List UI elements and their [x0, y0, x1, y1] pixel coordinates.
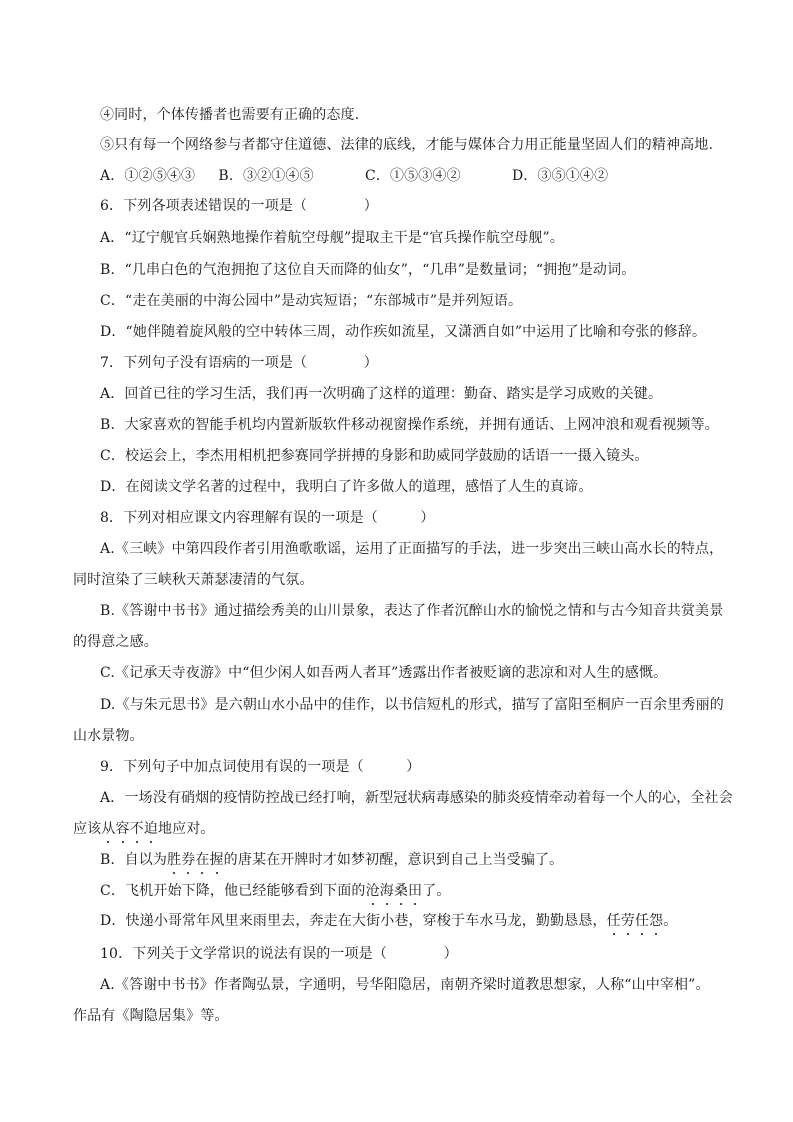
emphasized-char: 田: [408, 882, 422, 900]
question-6-option-c: C．“走在美丽的中海公园中”是动宾短语；“东部城市”是并列短语。: [100, 292, 522, 310]
text-segment: B．自以为: [100, 852, 167, 868]
emphasized-char: 劳: [621, 912, 635, 930]
option-a-value: ①②⑤④③: [124, 168, 195, 184]
option-b-label: B．: [218, 168, 243, 184]
question-8-option-a-line1: A.《三峡》中第四段作者引用渔歌歌谣，运用了正面描写的手法，进一步突出三峡山高水…: [100, 540, 723, 558]
emphasized-char: 怨: [649, 912, 663, 930]
emphasized-char: 任: [607, 912, 621, 930]
emphasized-char: 胜: [167, 851, 181, 869]
question-8-option-b-line1: B.《答谢中书书》通过描绘秀美的山川景象，表达了作者沉醉山水的愉悦之情和与古今知…: [100, 602, 724, 620]
question-9-option-a-line1: A．一场没有硝烟的疫情防控战已经打响，新型冠状病毒感染的肺炎疫情牵动着每一个人的…: [100, 789, 733, 807]
text-segment: 地应对。: [158, 821, 215, 837]
question-9-stem: 9．下列句子中加点词使用有误的一项是（ ）: [100, 758, 420, 776]
text-segment: C．飞机开始下降，他已经能够看到下面的: [100, 883, 366, 899]
question-9-option-c: C．飞机开始下降，他已经能够看到下面的沧海桑田了。: [100, 882, 451, 900]
question-6-option-a: A．“辽宁舰官兵娴熟地操作着航空母舰”提取主干是“官兵操作航空母舰”。: [100, 229, 564, 247]
option-d-value: ③⑤①④②: [537, 168, 608, 184]
emphasized-char: 桑: [394, 882, 408, 900]
option-c-label: C．: [365, 168, 390, 184]
question-7-option-a: A．回首已往的学习生活，我们再一次明确了这样的道理：勤奋、踏实是学习成败的关键。: [100, 385, 662, 403]
question-8-option-c: C.《记承天寺夜游》中“但少闲人如吾两人者耳”透露出作者被贬谪的悲凉和对人生的感…: [100, 664, 667, 682]
emphasized-char: 沧: [366, 882, 380, 900]
option-a-label: A．: [100, 168, 124, 184]
question-7-option-d: D．在阅读文学名著的过程中，我明白了许多做人的道理，感悟了人生的真谛。: [100, 478, 592, 496]
text-segment: 应该: [73, 821, 101, 837]
emphasized-char: 握: [210, 851, 224, 869]
emphasized-phrase: 沧海桑田: [366, 883, 423, 899]
question-8-option-a-line2: 同时渲染了三峡秋天萧瑟凄清的气氛。: [73, 571, 314, 589]
question-10-option-a-line1: A.《答谢中书书》作者陶弘景，字通明，号华阳隐居，南朝齐梁时道教思想家，人称“山…: [100, 976, 710, 994]
statement-5: ⑤只有每一个网络参与者都守住道德、法律的底线，才能与媒体合力用正能量坚固人们的精…: [100, 136, 713, 154]
question-9-option-d: D．快递小哥常年风里来雨里去，奔走在大街小巷，穿梭于车水马龙，勤勤恳恳，任劳任怨…: [100, 912, 677, 930]
text-segment: 。: [663, 913, 677, 929]
emphasized-phrase: 从容不迫: [101, 821, 158, 837]
question-9-option-a-line2: 应该从容不迫地应对。: [73, 820, 215, 838]
question-6-option-b: B．“几串白色的气泡拥抱了这位自天而降的仙女”，“几串”是数量词；“拥抱”是动词…: [100, 261, 635, 279]
question-7-option-c: C．校运会上，李杰用相机把参赛同学拼搏的身影和助威同学鼓励的话语一一摄入镜头。: [100, 447, 649, 465]
question-8-stem: 8．下列对相应课文内容理解有误的一项是（ ）: [100, 509, 435, 527]
exam-page: ④同时，个体传播者也需要有正确的态度. ⑤只有每一个网络参与者都守住道德、法律的…: [0, 0, 793, 1122]
question-10-option-a-line2: 作品有《陶隐居集》等。: [73, 1007, 229, 1025]
emphasized-char: 不: [130, 820, 144, 838]
option-c-value: ①⑤③④②: [390, 168, 461, 184]
text-segment: 了。: [422, 883, 450, 899]
emphasized-char: 券: [181, 851, 195, 869]
emphasized-char: 从: [101, 820, 115, 838]
text-segment: D．快递小哥常年风里来雨里去，奔走在大街小巷，穿梭于车水马龙，勤勤恳恳，: [100, 913, 607, 929]
emphasized-char: 任: [635, 912, 649, 930]
question-6-option-d: D．“她伴随着旋风般的空中转体三周，动作疾如流星，又潇洒自如”中运用了比喻和夸张…: [100, 323, 706, 341]
question-8-option-d-line1: D.《与朱元思书》是六朝山水小品中的佳作，以书信短札的形式，描写了富阳至桐庐一百…: [100, 696, 724, 714]
question-8-option-d-line2: 山水景物。: [73, 727, 144, 745]
text-segment: 的唐某在开牌时才如梦初醒，意识到自己上当受骗了。: [224, 852, 564, 868]
question-7-option-b: B．大家喜欢的智能手机均内置新版软件移动视窗操作系统，并拥有通话、上网冲浪和观看…: [100, 416, 719, 434]
option-b-value: ③②①④⑤: [243, 168, 314, 184]
emphasized-char: 海: [380, 882, 394, 900]
ordering-options: A．①②⑤④③ B．③②①④⑤ C．①⑤③④② D．③⑤①④②: [100, 167, 608, 185]
option-d-label: D．: [512, 168, 538, 184]
question-10-stem: 10．下列关于文学常识的说法有误的一项是（ ）: [100, 945, 458, 963]
question-7-stem: 7．下列句子没有语病的一项是（ ）: [100, 354, 378, 372]
statement-4: ④同时，个体传播者也需要有正确的态度.: [100, 106, 359, 124]
emphasized-char: 在: [195, 851, 209, 869]
emphasized-char: 容: [115, 820, 129, 838]
emphasized-phrase: 任劳任怨: [607, 913, 664, 929]
emphasized-char: 迫: [144, 820, 158, 838]
question-6-stem: 6．下列各项表述错误的一项是（ ）: [100, 197, 378, 215]
question-8-option-b-line2: 的得意之感。: [73, 633, 158, 651]
emphasized-phrase: 胜券在握: [167, 852, 224, 868]
question-9-option-b: B．自以为胜券在握的唐某在开牌时才如梦初醒，意识到自己上当受骗了。: [100, 851, 563, 869]
